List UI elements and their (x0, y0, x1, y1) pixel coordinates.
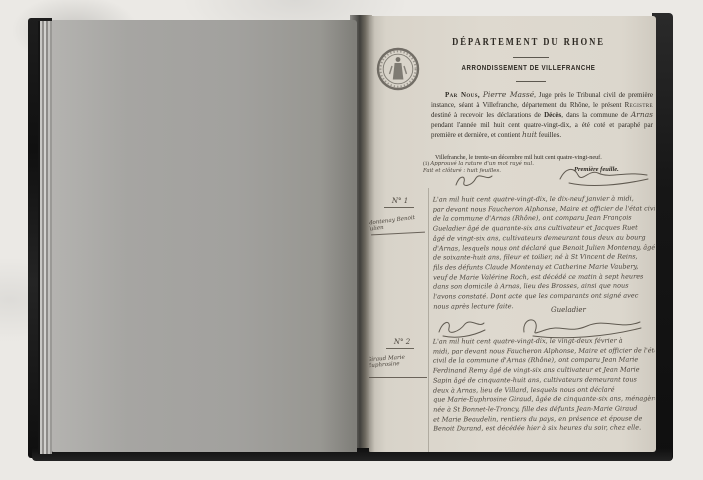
act-line: l'avons constaté. Dont acte que les comp… (433, 291, 655, 302)
title-divider (513, 56, 549, 59)
register-preamble: Par Nous, Pierre Massé, Juge près le Tri… (431, 90, 653, 140)
page-edges-stack (38, 21, 52, 454)
left-blank-page (52, 20, 357, 452)
act-line: âgé de vingt-six ans, cultivateurs demeu… (433, 233, 655, 244)
judge-signature-flourish-icon (557, 164, 651, 188)
footnote-marker: (1) (423, 161, 429, 167)
act-line: née à St Bonnet-le-Troncy, fille des déf… (433, 404, 655, 415)
preamble-text: destiné à recevoir les déclarations de (431, 111, 541, 119)
arrondissement-title: ARRONDISSEMENT DE VILLEFRANCHE (418, 65, 639, 72)
republique-francaise-seal-icon (376, 46, 420, 92)
registre-word: Registre (625, 101, 653, 109)
act-line: nous après lecture faite. (433, 301, 655, 312)
entry-2-margin-name: Giraud Marie Euphrosine (369, 353, 431, 370)
deces-word: Décès (544, 111, 561, 119)
act-line: Sapin âgé de cinquante-huit ans, cultiva… (433, 375, 655, 386)
entry-1-act-text: L'an mil huit cent quatre-vingt-dix, le … (433, 194, 656, 313)
entry-2-number: N° 2 (380, 338, 424, 346)
entry-2-margin-rule (369, 377, 427, 378)
entry-2-number-underline (386, 348, 414, 349)
department-title: DÉPARTEMENT DU RHONE (431, 36, 627, 48)
preamble-text: feuilles. (539, 131, 561, 139)
act-line: Benoit Durand, est décédée hier à six he… (433, 424, 655, 435)
sheet-count-handwritten: huit (522, 130, 537, 139)
entry-1-number-underline (384, 207, 414, 208)
entry-1-number: N° 1 (378, 197, 422, 205)
entry-2-act-text: L'an mil huit cent quatre-vingt-dix, le … (433, 336, 656, 436)
act-line: fils des défunts Claude Montenay et Cath… (433, 262, 655, 273)
footnote-handwritten-line1: Approuvé la rature d'un mot rayé nul. (430, 161, 534, 167)
par-nous-label: Par Nous, (445, 91, 480, 99)
certification-date-line: Villefranche, le trente-un décembre mil … (435, 154, 602, 161)
register-page: DÉPARTEMENT DU RHONE ARRONDISSEMENT DE V… (369, 16, 656, 452)
judge-name-handwritten: Pierre Massé (483, 90, 534, 99)
commune-name-handwritten: Arnas (631, 110, 653, 119)
preamble-text: , dans la commune de (561, 111, 628, 119)
scanned-register-photo: { "scan": { "background_color": "#ebe9e5… (0, 0, 703, 480)
subtitle-divider (516, 80, 546, 83)
entry-1-margin-name: Montenay Benoit Julien (369, 213, 430, 233)
margin-rule (428, 188, 429, 452)
paraphe-flourish-icon (453, 172, 495, 190)
